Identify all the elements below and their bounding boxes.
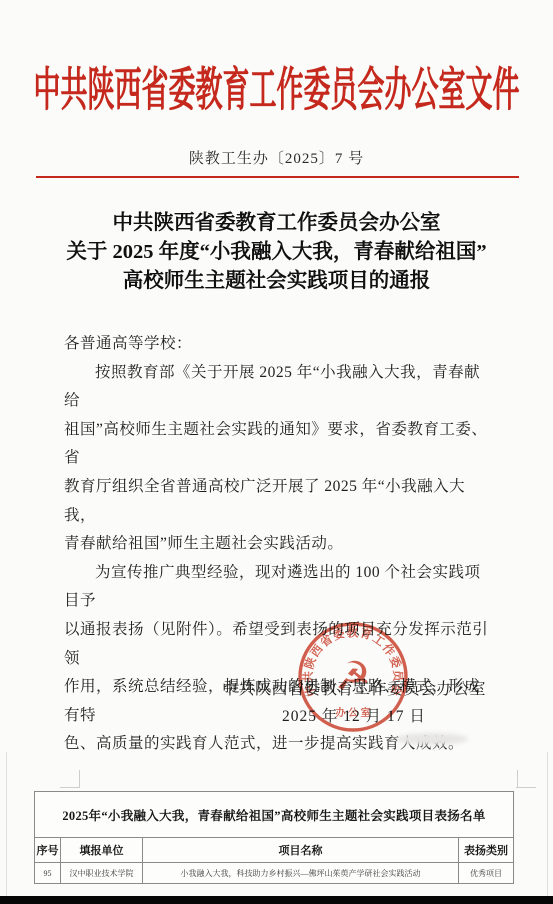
document-title: 中共陕西省委教育工作委员会办公室 关于 2025 年度“小我融入大我，青春献给祖… [20,209,533,296]
commendation-table: 2025年“小我融入大我，青春献给祖国”高校师生主题社会实践项目表扬名单 序号 … [34,791,514,884]
cell-category: 优秀项目 [459,863,514,884]
cell-unit: 汉中职业技术学院 [61,863,143,884]
letterhead: 中共陕西省委教育工作委员会办公室文件 [0,52,553,91]
header-serial: 序号 [35,838,61,863]
document-number: 陕教工生办〔2025〕7 号 [0,147,553,168]
letterhead-divider [36,176,519,178]
header-project: 项目名称 [143,838,459,863]
cell-serial: 95 [35,863,61,884]
header-category: 表扬类别 [459,838,514,863]
seal-bottom-text: 办 公 室 [336,706,371,719]
page-edge-left [6,752,7,904]
header-unit: 填报单位 [61,838,143,863]
scan-smudge [396,733,468,745]
title-line-3: 高校师生主题社会实践项目的通报 [20,267,533,296]
official-seal: 中共陕西省委教育工作委员会 ☭ 办 公 室 [292,616,414,738]
hammer-sickle-icon: ☭ [335,654,371,699]
table-title: 2025年“小我融入大我，青春献给祖国”高校师生主题社会实践项目表扬名单 [35,792,514,838]
table-row: 95 汉中职业技术学院 小我融入大我，科技助力乡村振兴—佛坪山茱萸产学研社会实践… [35,863,514,884]
cell-project: 小我融入大我，科技助力乡村振兴—佛坪山茱萸产学研社会实践活动 [143,863,459,884]
title-line-1: 中共陕西省委教育工作委员会办公室 [20,209,533,238]
title-line-2: 关于 2025 年度“小我融入大我，青春献给祖国” [20,238,533,267]
salutation: 各普通高等学校： [64,330,492,359]
paragraph-1: 按照教育部《关于开展 2025 年“小我融入大我，青春献给祖国”高校师生主题社会… [64,359,492,559]
page-edge-right [547,752,548,904]
document-page: 中共陕西省委教育工作委员会办公室文件 陕教工生办〔2025〕7 号 中共陕西省委… [0,0,553,904]
photo-bottom-bar [0,896,553,904]
table-header-row: 序号 填报单位 项目名称 表扬类别 [35,838,514,863]
letterhead-text: 中共陕西省委教育工作委员会办公室文件 [34,52,520,119]
